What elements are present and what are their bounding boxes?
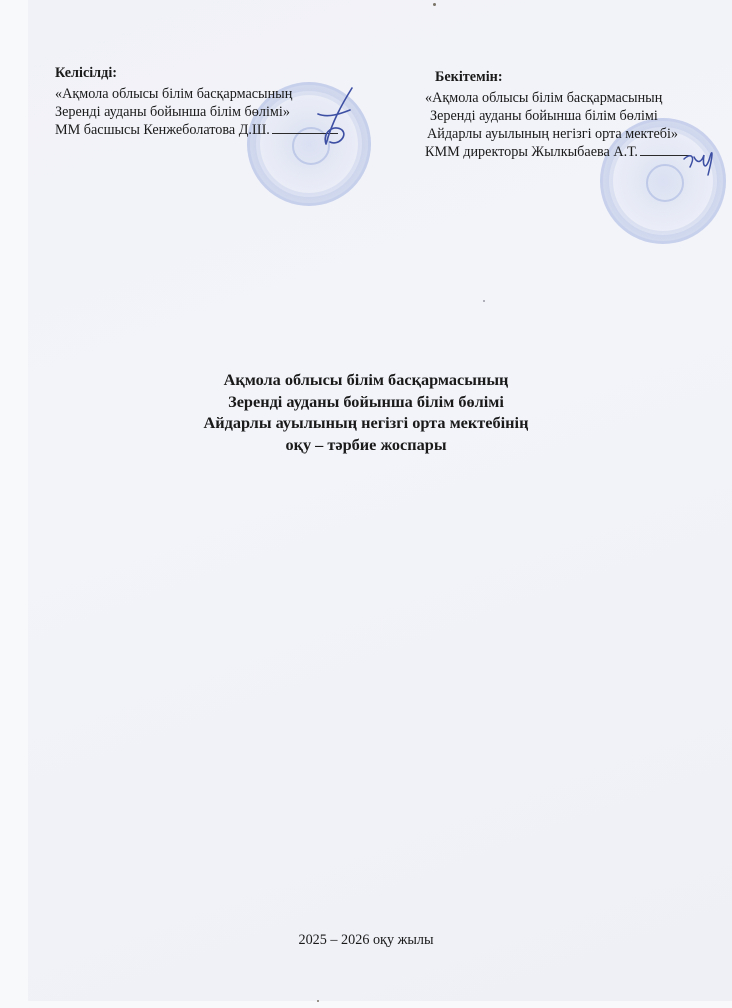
signature-line [640, 155, 690, 156]
academic-year: 2025 – 2026 оқу жылы [28, 932, 704, 949]
approval-line: «Ақмола облысы білім басқармасының [55, 85, 338, 103]
approval-signatory-line: ММ басшысы Кенжеболатова Д.Ш. [55, 121, 338, 139]
title-line: оқу – тәрбие жоспары [28, 434, 704, 456]
signature-line [272, 133, 338, 134]
title-line: Зеренді ауданы бойынша білім бөлімі [28, 391, 704, 413]
title-line: Ақмола облысы білім басқармасының [28, 369, 704, 391]
approval-heading: Келісілді: [55, 64, 338, 82]
approval-line: «Ақмола облысы білім басқармасының [425, 89, 690, 107]
scan-speck [433, 3, 436, 6]
scan-speck [317, 1000, 319, 1002]
approval-line: КММ директоры Жылкыбаева А.Т. [425, 144, 638, 160]
approval-signatory-line: КММ директоры Жылкыбаева А.Т. [425, 143, 690, 161]
approval-line: Айдарлы ауылының негізгі орта мектебі» [425, 125, 690, 143]
emblem-icon [646, 164, 684, 202]
title-line: Айдарлы ауылының негізгі орта мектебінің [28, 412, 704, 434]
approval-line: ММ басшысы Кенжеболатова Д.Ш. [55, 122, 270, 138]
document-title: Ақмола облысы білім басқармасының Зеренд… [28, 369, 704, 455]
approval-heading: Бекітемін: [425, 68, 690, 86]
approval-line: Зеренді ауданы бойынша білім бөлімі [425, 107, 690, 125]
scan-speck [483, 300, 485, 302]
scan-edge-bottom [0, 1001, 732, 1008]
approval-block-approved: Бекітемін: «Ақмола облысы білім басқарма… [425, 68, 690, 161]
approval-line: Зеренді ауданы бойынша білім бөлімі» [55, 103, 338, 121]
scan-edge-left [0, 0, 28, 1008]
approval-block-agreed: Келісілді: «Ақмола облысы білім басқарма… [55, 64, 338, 139]
